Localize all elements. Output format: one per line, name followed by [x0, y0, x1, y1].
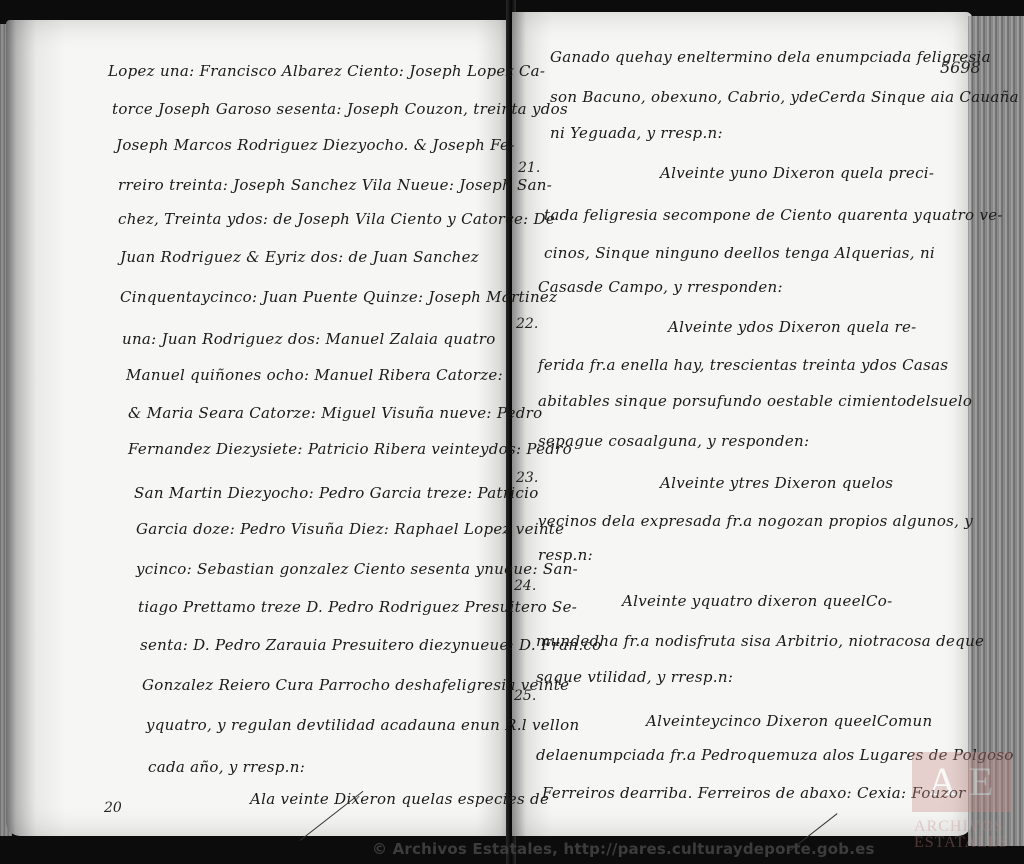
- right-line: son Bacuno, obexuno, Cabrio, ydeCerda Si…: [550, 88, 1019, 106]
- right-line: saque vtilidad, y rresp.n:: [536, 668, 733, 686]
- left-line: torce Joseph Garoso sesenta: Joseph Couz…: [112, 100, 568, 118]
- logo-text-line2: ESTATALES: [914, 834, 1008, 852]
- right-line: Casasde Campo, y rresponden:: [538, 278, 783, 296]
- right-line: ni Yeguada, y rresp.n:: [550, 124, 723, 142]
- margin-number-23: 23.: [516, 470, 538, 486]
- left-line: Garcia doze: Pedro Visuña Diez: Raphael …: [136, 520, 564, 538]
- archivos-estatales-logo: AE ARCHIVOS ESTATALES: [912, 752, 1012, 852]
- right-line: tada feligresia secompone de Ciento quar…: [544, 206, 1003, 224]
- right-line: Ganado quehay eneltermino dela enumpciad…: [550, 48, 991, 66]
- copyright-watermark: © Archivos Estatales, http://pares.cultu…: [372, 840, 875, 858]
- left-line: Ala veinte Dixeron quelas especies de: [250, 790, 549, 808]
- left-line: Fernandez Diezysiete: Patricio Ribera ve…: [128, 440, 572, 458]
- left-line: tiago Prettamo treze D. Pedro Rodriguez …: [138, 598, 577, 616]
- left-line: Juan Rodriguez & Eyriz dos: de Juan Sanc…: [120, 248, 479, 266]
- left-line: una: Juan Rodriguez dos: Manuel Zalaia q…: [122, 330, 496, 348]
- left-line: & Maria Seara Catorze: Miguel Visuña nue…: [128, 404, 542, 422]
- right-line: resp.n:: [538, 546, 593, 564]
- left-line: senta: D. Pedro Zarauia Presuitero diezy…: [140, 636, 601, 654]
- right-line: cinos, Sinque ninguno deellos tenga Alqu…: [544, 244, 935, 262]
- left-line: chez, Treinta ydos: de Joseph Vila Cient…: [118, 210, 555, 228]
- margin-number-21: 21.: [518, 160, 540, 176]
- left-line: Joseph Marcos Rodriguez Diezyocho. & Jos…: [116, 136, 515, 154]
- left-line: yquatro, y regulan devtilidad acadauna e…: [146, 716, 579, 734]
- right-line: Alveinte ytres Dixeron quelos: [660, 474, 893, 492]
- right-line: Alveinte ydos Dixeron quela re-: [668, 318, 917, 336]
- left-line: Cinquentaycinco: Juan Puente Quinze: Jos…: [120, 288, 557, 306]
- right-line: sepague cosaalguna, y responden:: [538, 432, 809, 450]
- logo-letters: AE: [928, 758, 1005, 805]
- margin-number-24: 24.: [514, 578, 536, 594]
- left-line: San Martin Diezyocho: Pedro Garcia treze…: [134, 484, 539, 502]
- left-line: Gonzalez Reiero Cura Parrocho deshafelig…: [142, 676, 569, 694]
- right-line: vecinos dela expresada fr.a nogozan prop…: [538, 512, 973, 530]
- folio-number: 5698: [940, 58, 981, 77]
- left-line: cada año, y rresp.n:: [148, 758, 305, 776]
- right-page-edge: [968, 16, 1024, 846]
- left-line: Lopez una: Francisco Albarez Ciento: Jos…: [108, 62, 545, 80]
- right-line: Alveinte yquatro dixeron queelCo-: [622, 592, 892, 610]
- left-page-number: 20: [104, 800, 122, 816]
- right-line: Ferreiros dearriba. Ferreiros de abaxo: …: [542, 784, 966, 802]
- right-line: abitables sinque porsufundo oestable cim…: [538, 392, 972, 410]
- left-line: Manuel quiñones ocho: Manuel Ribera Cato…: [126, 366, 503, 384]
- right-line: mundedha fr.a nodisfruta sisa Arbitrio, …: [536, 632, 984, 650]
- margin-number-22: 22.: [516, 316, 538, 332]
- margin-number-25: 25.: [514, 688, 536, 704]
- left-line: ycinco: Sebastian gonzalez Ciento sesent…: [136, 560, 578, 578]
- right-line: ferida fr.a enella hay, trescientas trei…: [538, 356, 948, 374]
- left-line: rreiro treinta: Joseph Sanchez Vila Nueu…: [118, 176, 552, 194]
- manuscript-spread: Lopez una: Francisco Albarez Ciento: Jos…: [0, 0, 1024, 864]
- right-line: Alveinteycinco Dixeron queelComun: [646, 712, 932, 730]
- right-line: Alveinte yuno Dixeron quela preci-: [660, 164, 934, 182]
